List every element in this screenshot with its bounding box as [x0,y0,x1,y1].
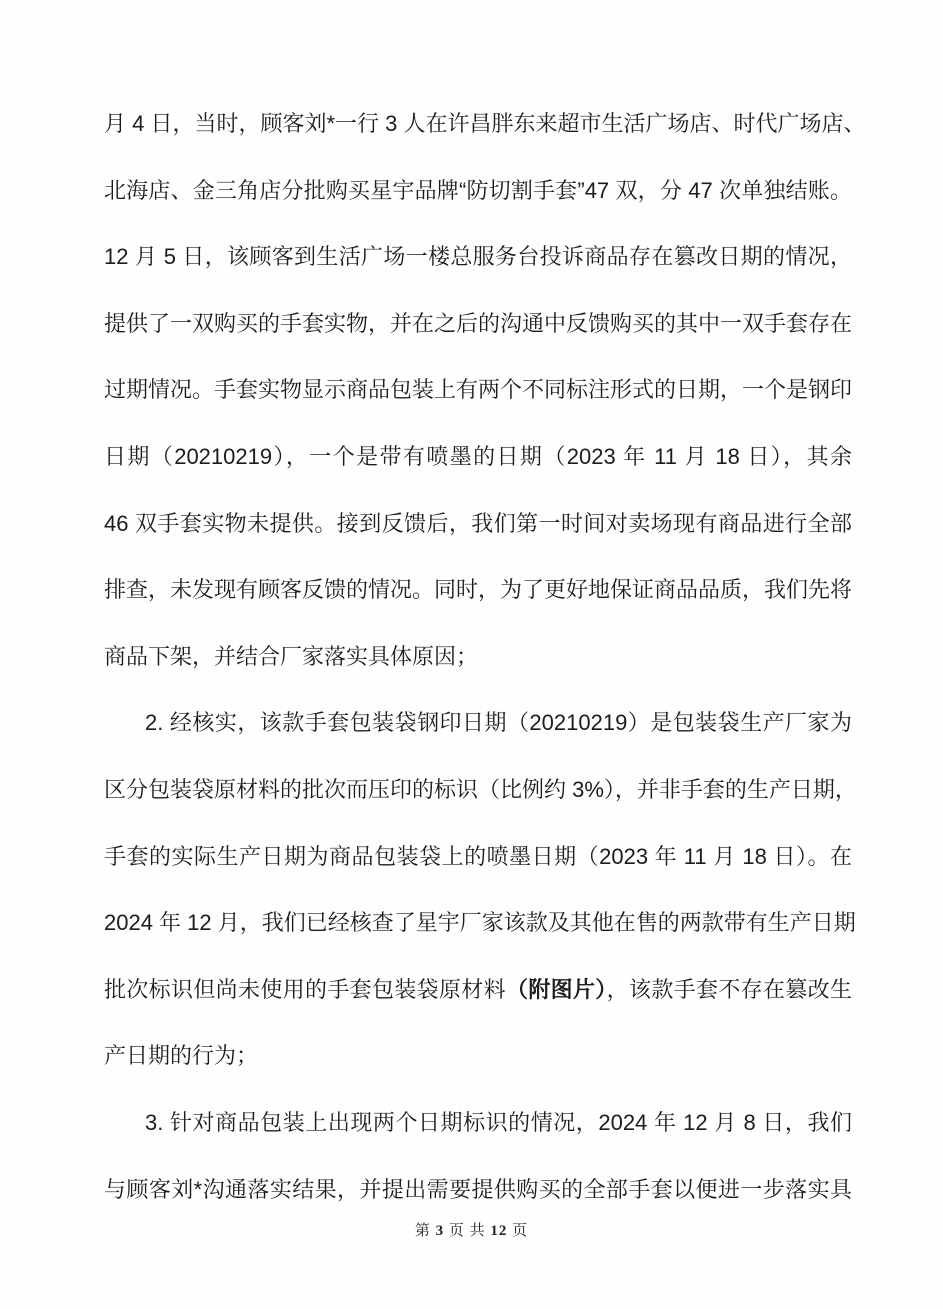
text-line: 区分包装袋原材料的批次而压印的标识（比例约 3%），并非手套的生产日期， [104,757,852,824]
text-line: 46 双手套实物未提供。接到反馈后，我们第一时间对卖场现有商品进行全部 [104,491,852,558]
text-line: 12 月 5 日，该顾客到生活广场一楼总服务台投诉商品存在篡改日期的情况， [104,224,852,291]
text-segment: 2024 年 12 月，我们已经核查了星宇厂家该款及其他在售的两款带有生产日期 [104,910,856,935]
document-page: 月 4 日，当时，顾客刘*一行 3 人在许昌胖东来超市生活广场店、时代广场店、北… [0,0,943,1309]
text-line: 产日期的行为； [104,1023,852,1090]
text-line: 2. 经核实，该款手套包装袋钢印日期（20210219）是包装袋生产厂家为 [104,690,852,757]
text-line: 2024 年 12 月，我们已经核查了星宇厂家该款及其他在售的两款带有生产日期 [104,890,852,957]
text-segment: ，该款手套不存在篡改生 [607,977,852,1002]
text-segment: 过期情况。手套实物显示商品包装上有两个不同标注形式的日期，一个是钢印 [104,377,852,402]
text-segment: 区分包装袋原材料的批次而压印的标识（比例约 3%），并非手套的生产日期， [104,777,857,802]
text-line: 3. 针对商品包装上出现两个日期标识的情况，2024 年 12 月 8 日，我们 [104,1090,852,1157]
text-line: 提供了一双购买的手套实物，并在之后的沟通中反馈购买的其中一双手套存在 [104,291,852,358]
footer-text: 第 [415,1223,436,1239]
footer-text: 12 [490,1223,507,1239]
text-segment: 产日期的行为； [104,1043,258,1068]
text-line: 批次标识但尚未使用的手套包装袋原材料（附图片），该款手套不存在篡改生 [104,957,852,1024]
text-line: 北海店、金三角店分批购买星宇品牌“防切割手套”47 双，分 47 次单独结账。 [104,158,852,225]
text-segment: 12 月 5 日，该顾客到生活广场一楼总服务台投诉商品存在篡改日期的情况， [104,244,852,269]
text-segment: 北海店、金三角店分批购买星宇品牌“防切割手套”47 双，分 47 次单独结账。 [104,178,852,203]
text-line: 排查，未发现有顾客反馈的情况。同时，为了更好地保证商品品质，我们先将 [104,557,852,624]
text-segment: 手套的实际生产日期为商品包装袋上的喷墨日期（2023 年 11 月 18 日）。… [104,844,852,869]
text-segment: 46 双手套实物未提供。接到反馈后，我们第一时间对卖场现有商品进行全部 [104,511,852,536]
text-line: 与顾客刘*沟通落实结果，并提出需要提供购买的全部手套以便进一步落实具 [104,1157,852,1224]
text-line: 商品下架，并结合厂家落实具体原因； [104,624,852,691]
text-segment: （附图片） [506,977,607,1002]
footer-text: 页 [507,1223,528,1239]
text-segment: 月 4 日，当时，顾客刘*一行 3 人在许昌胖东来超市生活广场店、时代广场店、 [104,111,865,136]
footer-text: 页 共 [444,1223,490,1239]
text-segment: 排查，未发现有顾客反馈的情况。同时，为了更好地保证商品品质，我们先将 [104,577,852,602]
text-segment: 3. 针对商品包装上出现两个日期标识的情况，2024 年 12 月 8 日，我们 [145,1110,852,1135]
text-segment: 2. 经核实，该款手套包装袋钢印日期（20210219）是包装袋生产厂家为 [145,710,852,735]
text-segment: 批次标识但尚未使用的手套包装袋原材料 [104,977,506,1002]
document-body: 月 4 日，当时，顾客刘*一行 3 人在许昌胖东来超市生活广场店、时代广场店、北… [104,91,852,1223]
text-line: 日期（20210219），一个是带有喷墨的日期（2023 年 11 月 18 日… [104,424,852,491]
text-line: 月 4 日，当时，顾客刘*一行 3 人在许昌胖东来超市生活广场店、时代广场店、 [104,91,852,158]
footer-text: 3 [436,1223,445,1239]
text-line: 手套的实际生产日期为商品包装袋上的喷墨日期（2023 年 11 月 18 日）。… [104,824,852,891]
text-line: 过期情况。手套实物显示商品包装上有两个不同标注形式的日期，一个是钢印 [104,357,852,424]
text-segment: 提供了一双购买的手套实物，并在之后的沟通中反馈购买的其中一双手套存在 [104,311,852,336]
text-segment: 与顾客刘*沟通落实结果，并提出需要提供购买的全部手套以便进一步落实具 [104,1177,852,1202]
text-segment: 商品下架，并结合厂家落实具体原因； [104,644,478,669]
page-footer: 第 3 页 共 12 页 [0,1218,943,1244]
text-segment: 日期（20210219），一个是带有喷墨的日期（2023 年 11 月 18 日… [104,444,852,469]
